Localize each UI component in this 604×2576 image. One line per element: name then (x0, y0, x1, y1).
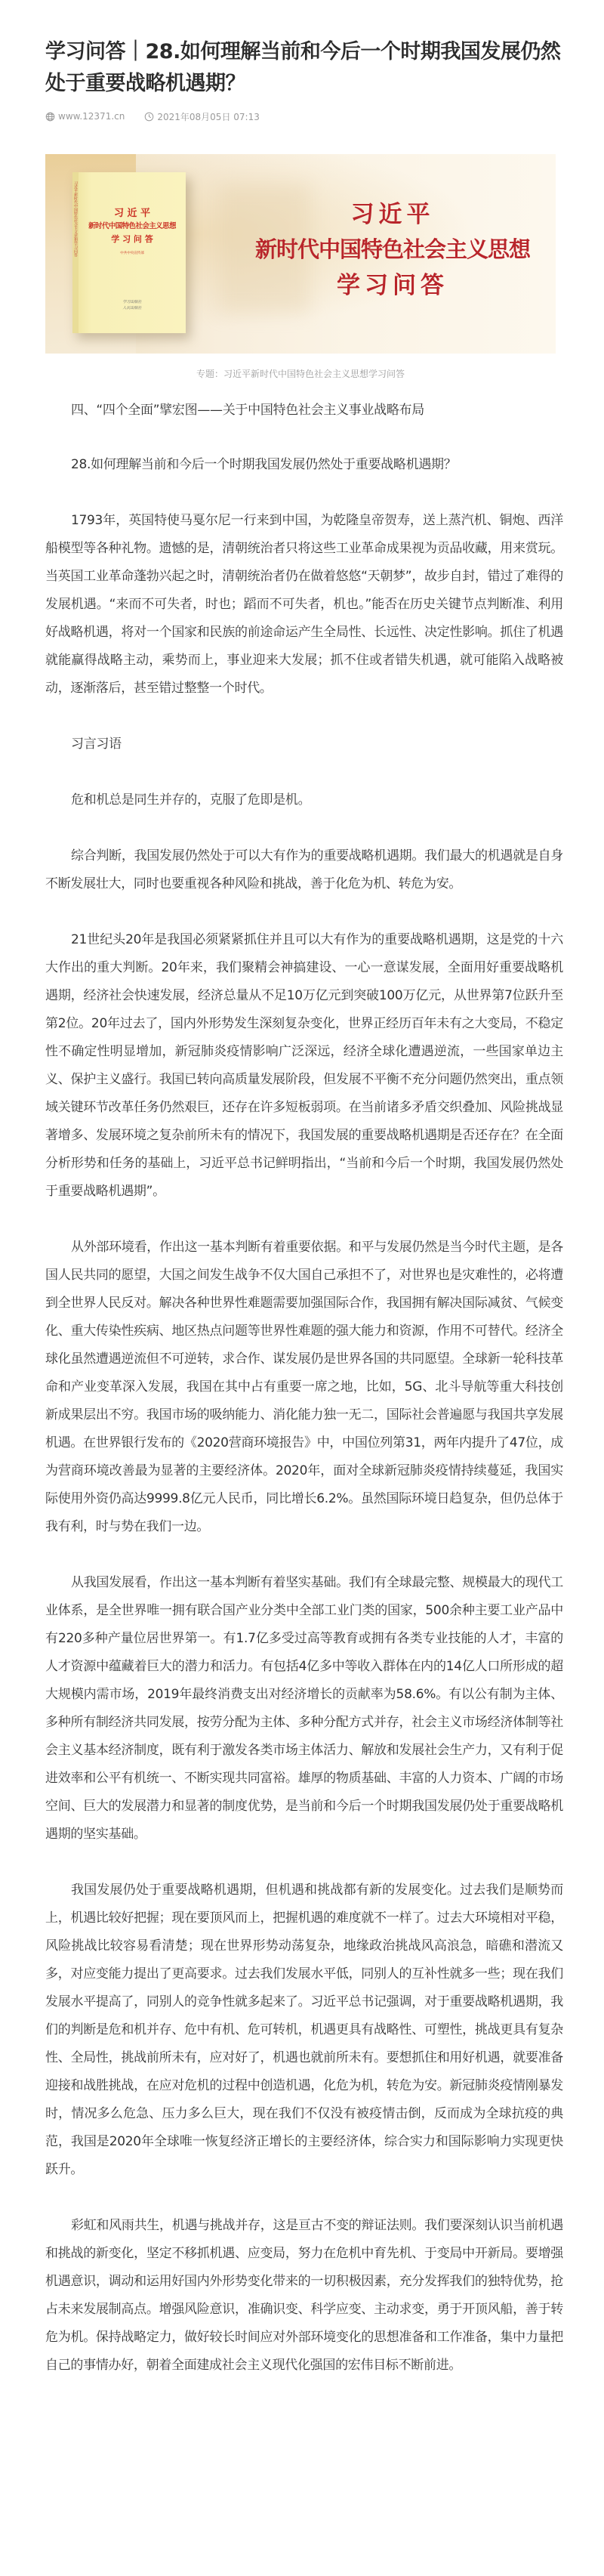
subheading-xi-quotes: 习言习语 (45, 730, 563, 758)
banner-image: 习近平新时代中国特色社会主义思想学习问答 习 近 平 新时代中国特色社会主义思想… (45, 154, 556, 354)
paragraph: 1793年，英国特使马戛尔尼一行来到中国，为乾隆皇帝贺寿，送上蒸汽机、铜炮、西洋… (45, 507, 563, 703)
paragraph: 我国发展仍处于重要战略机遇期，但机遇和挑战都有新的发展变化。过去我们是顺势而上，… (45, 1876, 563, 2184)
source-meta: www.12371.cn (45, 111, 125, 122)
book-publisher: 人民出版社 (79, 305, 186, 311)
article-page: 学习问答｜28.如何理解当前和今后一个时期我国发展仍然处于重要战略机遇期？ ww… (0, 0, 604, 2380)
quote-paragraph: 危和机总是同生并存的，克服了危即是机。 (45, 786, 563, 814)
banner-headline: 习近平 新时代中国特色社会主义思想 学习问答 (234, 199, 551, 302)
paragraph: 21世纪头20年是我国必须紧紧抓住并且可以大有作为的重要战略机遇期，这是党的十六… (45, 926, 563, 1206)
article-meta: www.12371.cn 2021年08月05日 07:13 (45, 109, 562, 124)
article-body: 四、“四个全面”擘宏图——关于中国特色社会主义事业战略布局 28.如何理解当前和… (45, 397, 563, 2380)
book-author: 中共中央宣传部 (79, 251, 186, 255)
time-meta: 2021年08月05日 07:13 (144, 110, 259, 123)
clock-icon (144, 112, 154, 122)
article-title: 学习问答｜28.如何理解当前和今后一个时期我国发展仍然处于重要战略机遇期？ (45, 36, 562, 100)
paragraph: 从外部环境看，作出这一基本判断有着重要依据。和平与发展仍然是当今时代主题，是各国… (45, 1234, 563, 1541)
paragraph: 综合判断，我国发展仍然处于可以大有作为的重要战略机遇期。我们最大的机遇就是自身不… (45, 842, 563, 898)
globe-icon (45, 112, 55, 122)
banner-headline-line-1: 习近平 (234, 199, 551, 230)
banner-caption: 专题：习近平新时代中国特色社会主义思想学习问答 (45, 367, 556, 380)
paragraph: 彩虹和风雨共生，机遇与挑战并存，这是亘古不变的辩证法则。我们要深刻认识当前机遇和… (45, 2212, 563, 2380)
banner-headline-line-3: 学习问答 (234, 269, 551, 302)
source-link[interactable]: www.12371.cn (58, 111, 125, 122)
question-heading: 28.如何理解当前和今后一个时期我国发展仍然处于重要战略机遇期？ (45, 451, 563, 479)
section-heading: 四、“四个全面”擘宏图——关于中国特色社会主义事业战略布局 (45, 397, 563, 425)
book-title-line-2: 新时代中国特色社会主义思想 (79, 220, 186, 230)
book-publisher: 学习出版社 (79, 299, 186, 305)
book-title-line-1: 习 近 平 (79, 205, 186, 219)
paragraph: 从我国发展看，作出这一基本判断有着坚实基础。我们有全球最完整、规模最大的现代工业… (45, 1569, 563, 1849)
book-cover: 习近平新时代中国特色社会主义思想学习问答 习 近 平 新时代中国特色社会主义思想… (72, 172, 186, 333)
book-title-line-3: 学 习 问 答 (79, 233, 186, 245)
book-publishers: 学习出版社 人民出版社 (79, 299, 186, 311)
publish-datetime: 2021年08月05日 07:13 (157, 110, 259, 123)
banner-headline-line-2: 新时代中国特色社会主义思想 (234, 230, 551, 269)
book-spine-text: 习近平新时代中国特色社会主义思想学习问答 (73, 181, 78, 257)
